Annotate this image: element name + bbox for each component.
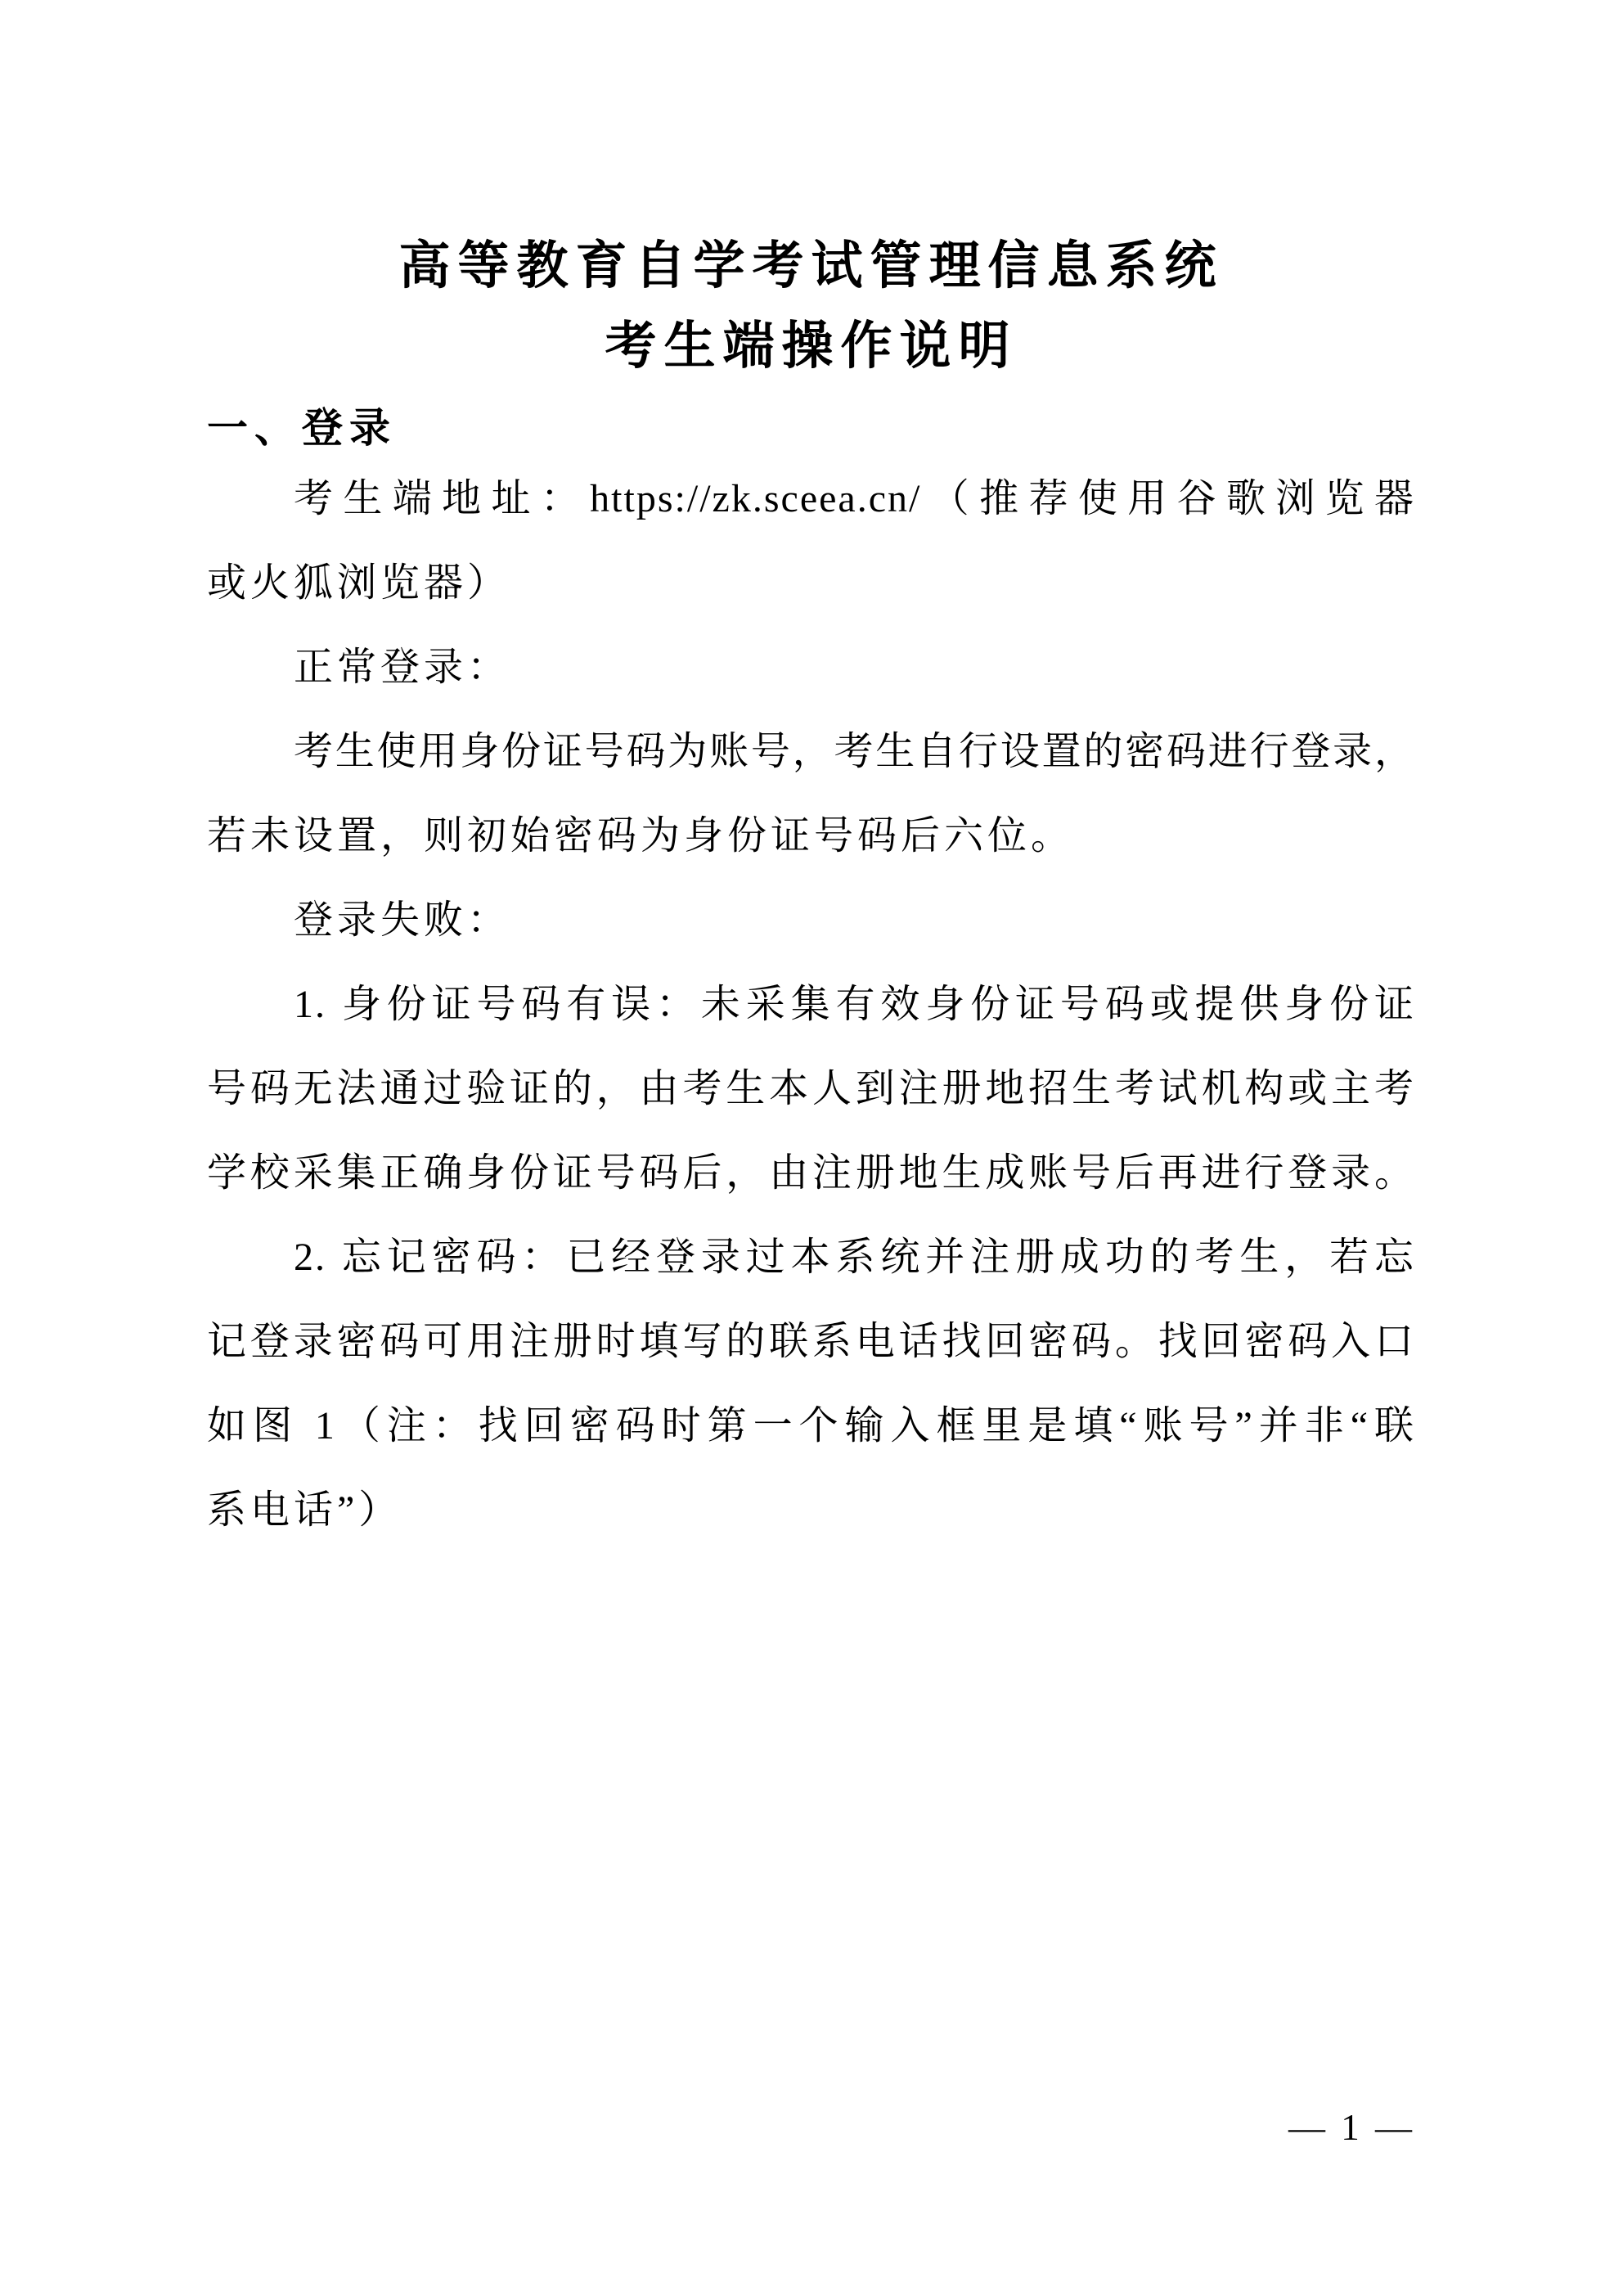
title-line-1: 高等教育自学考试管理信息系统 <box>207 226 1415 306</box>
body-line: 号码无法通过验证的，由考生本人到注册地招生考试机构或主考 <box>207 1047 1415 1131</box>
body-line: 1. 身份证号码有误：未采集有效身份证号码或提供身份证 <box>207 962 1415 1047</box>
body-text: 考生端地址：https://zk.sceea.cn/（推荐使用谷歌浏览器或火狐浏… <box>207 457 1415 1552</box>
body-line: 2. 忘记密码：已经登录过本系统并注册成功的考生，若忘 <box>207 1215 1415 1299</box>
body-line: 登录失败： <box>207 878 1415 962</box>
page-content: 高等教育自学考试管理信息系统 考生端操作说明 一、登录 考生端地址：https:… <box>207 0 1415 1552</box>
body-line: 或火狐浏览器） <box>207 541 1415 625</box>
title-line-2: 考生端操作说明 <box>207 306 1415 386</box>
body-line: 记登录密码可用注册时填写的联系电话找回密码。找回密码入口 <box>207 1299 1415 1384</box>
document-title: 高等教育自学考试管理信息系统 考生端操作说明 <box>207 0 1415 386</box>
section-heading-login: 一、登录 <box>207 404 1415 452</box>
page-number: — 1 — <box>1288 2106 1415 2149</box>
body-line: 考生使用身份证号码为账号，考生自行设置的密码进行登录， <box>207 709 1415 794</box>
body-line: 如图 1（注：找回密码时第一个输入框里是填“账号”并非“联 <box>207 1384 1415 1468</box>
document-page: 高等教育自学考试管理信息系统 考生端操作说明 一、登录 考生端地址：https:… <box>0 0 1623 2296</box>
body-line: 系电话”） <box>207 1468 1415 1552</box>
body-line: 考生端地址：https://zk.sceea.cn/（推荐使用谷歌浏览器 <box>207 457 1415 541</box>
body-line: 正常登录： <box>207 625 1415 709</box>
body-line: 若未设置，则初始密码为身份证号码后六位。 <box>207 794 1415 878</box>
body-line: 学校采集正确身份证号码后，由注册地生成账号后再进行登录。 <box>207 1131 1415 1215</box>
